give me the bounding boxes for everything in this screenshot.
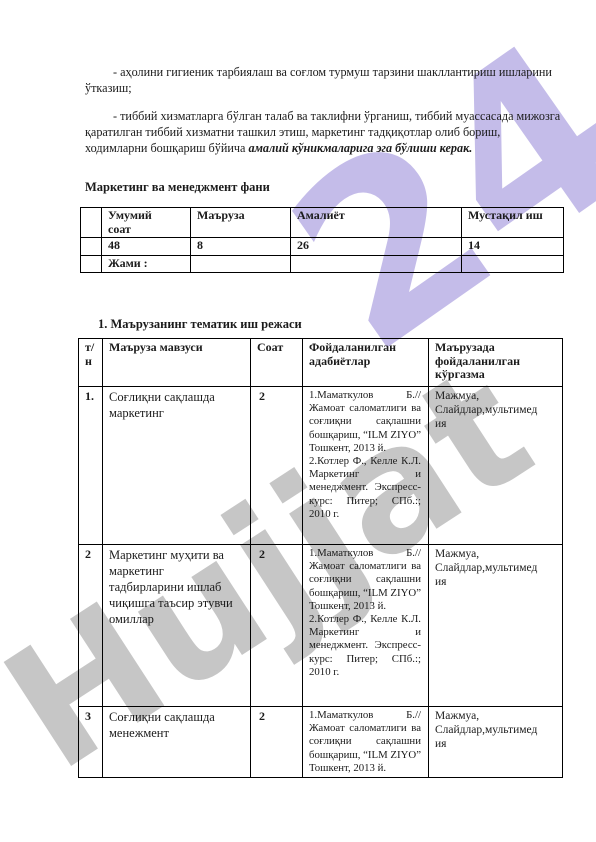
paragraph-medical-services: - тиббий хизматларга бўлган талаб ва так… (85, 108, 564, 156)
subject-hours-independent: 14 (462, 238, 564, 256)
plan-section-title: 1. Маърузанинг тематик иш режаси (98, 317, 302, 331)
subject-hours-empty (81, 238, 102, 256)
subject-total-cell-4 (462, 256, 564, 273)
plan-row3-topic: Соғлиқни сақлашда менежмент (103, 707, 251, 778)
plan-table-row-2: 2 Маркетинг муҳити ва маркетинг тадбирла… (79, 545, 563, 707)
thematic-plan-table: т/н Маъруза мавзуси Соат Фойдаланилган а… (78, 338, 563, 778)
page-content: - аҳолини гигиеник тарбиялаш ва соғлом т… (0, 0, 596, 842)
subject-header-total-hours: Умумий соат (102, 208, 191, 238)
subject-header-lecture: Маъруза (191, 208, 291, 238)
subject-hours-lecture: 8 (191, 238, 291, 256)
paragraph-medical-services-emphasis: амалий кўникмаларига эга бўлиши керак. (248, 141, 472, 155)
subject-total-cell-3 (291, 256, 462, 273)
plan-table-row-1: 1. Соғлиқни сақлашда маркетинг 2 1.Мамат… (79, 387, 563, 545)
document-page: Hujjat 24 - аҳолини гигиеник тарбиялаш в… (0, 0, 596, 842)
subject-table-hours-row: 48 8 26 14 (81, 238, 564, 256)
plan-header-number: т/н (79, 339, 103, 387)
plan-header-literature: Фойдаланилган адабиётлар (303, 339, 429, 387)
paragraph-hygiene-education: - аҳолини гигиеник тарбиялаш ва соғлом т… (85, 64, 564, 96)
plan-row1-literature: 1.Маматкулов Б.// Жамоат саломатлиги ва … (303, 387, 429, 545)
plan-row2-topic: Маркетинг муҳити ва маркетинг тадбирлари… (103, 545, 251, 707)
subject-hours-total: 48 (102, 238, 191, 256)
subject-hours-table: Умумий соат Маъруза Амалиёт Мустақил иш … (80, 207, 564, 273)
plan-row2-hours: 2 (251, 545, 303, 707)
plan-row2-literature: 1.Маматкулов Б.// Жамоат саломатлиги ва … (303, 545, 429, 707)
plan-row3-literature: 1.Маматкулов Б.// Жамоат саломатлиги ва … (303, 707, 429, 778)
plan-table-row-3: 3 Соғлиқни сақлашда менежмент 2 1.Маматк… (79, 707, 563, 778)
plan-row1-number: 1. (79, 387, 103, 545)
subject-total-cell-2 (191, 256, 291, 273)
plan-row2-number: 2 (79, 545, 103, 707)
subject-total-empty (81, 256, 102, 273)
plan-row2-visual-aids: Мажмуа, Слайдлар,мультимедия (429, 545, 563, 707)
plan-row1-hours: 2 (251, 387, 303, 545)
plan-table-header-row: т/н Маъруза мавзуси Соат Фойдаланилган а… (79, 339, 563, 387)
subject-table-total-row: Жами : (81, 256, 564, 273)
subject-table-header-row: Умумий соат Маъруза Амалиёт Мустақил иш (81, 208, 564, 238)
plan-row1-visual-aids: Мажмуа, Слайдлар,мультимедия (429, 387, 563, 545)
plan-header-topic: Маъруза мавзуси (103, 339, 251, 387)
plan-header-hours: Соат (251, 339, 303, 387)
plan-header-visual-aids: Маърузада фойдаланилган кўргазма (429, 339, 563, 387)
subject-total-label: Жами : (102, 256, 191, 273)
plan-row3-visual-aids: Мажмуа, Слайдлар,мультимедия (429, 707, 563, 778)
plan-row3-number: 3 (79, 707, 103, 778)
subject-header-practice: Амалиёт (291, 208, 462, 238)
plan-row1-topic: Соғлиқни сақлашда маркетинг (103, 387, 251, 545)
subject-hours-practice: 26 (291, 238, 462, 256)
subject-section-title: Маркетинг ва менеджмент фани (85, 180, 270, 194)
subject-header-independent: Мустақил иш (462, 208, 564, 238)
subject-header-empty (81, 208, 102, 238)
plan-row3-hours: 2 (251, 707, 303, 778)
